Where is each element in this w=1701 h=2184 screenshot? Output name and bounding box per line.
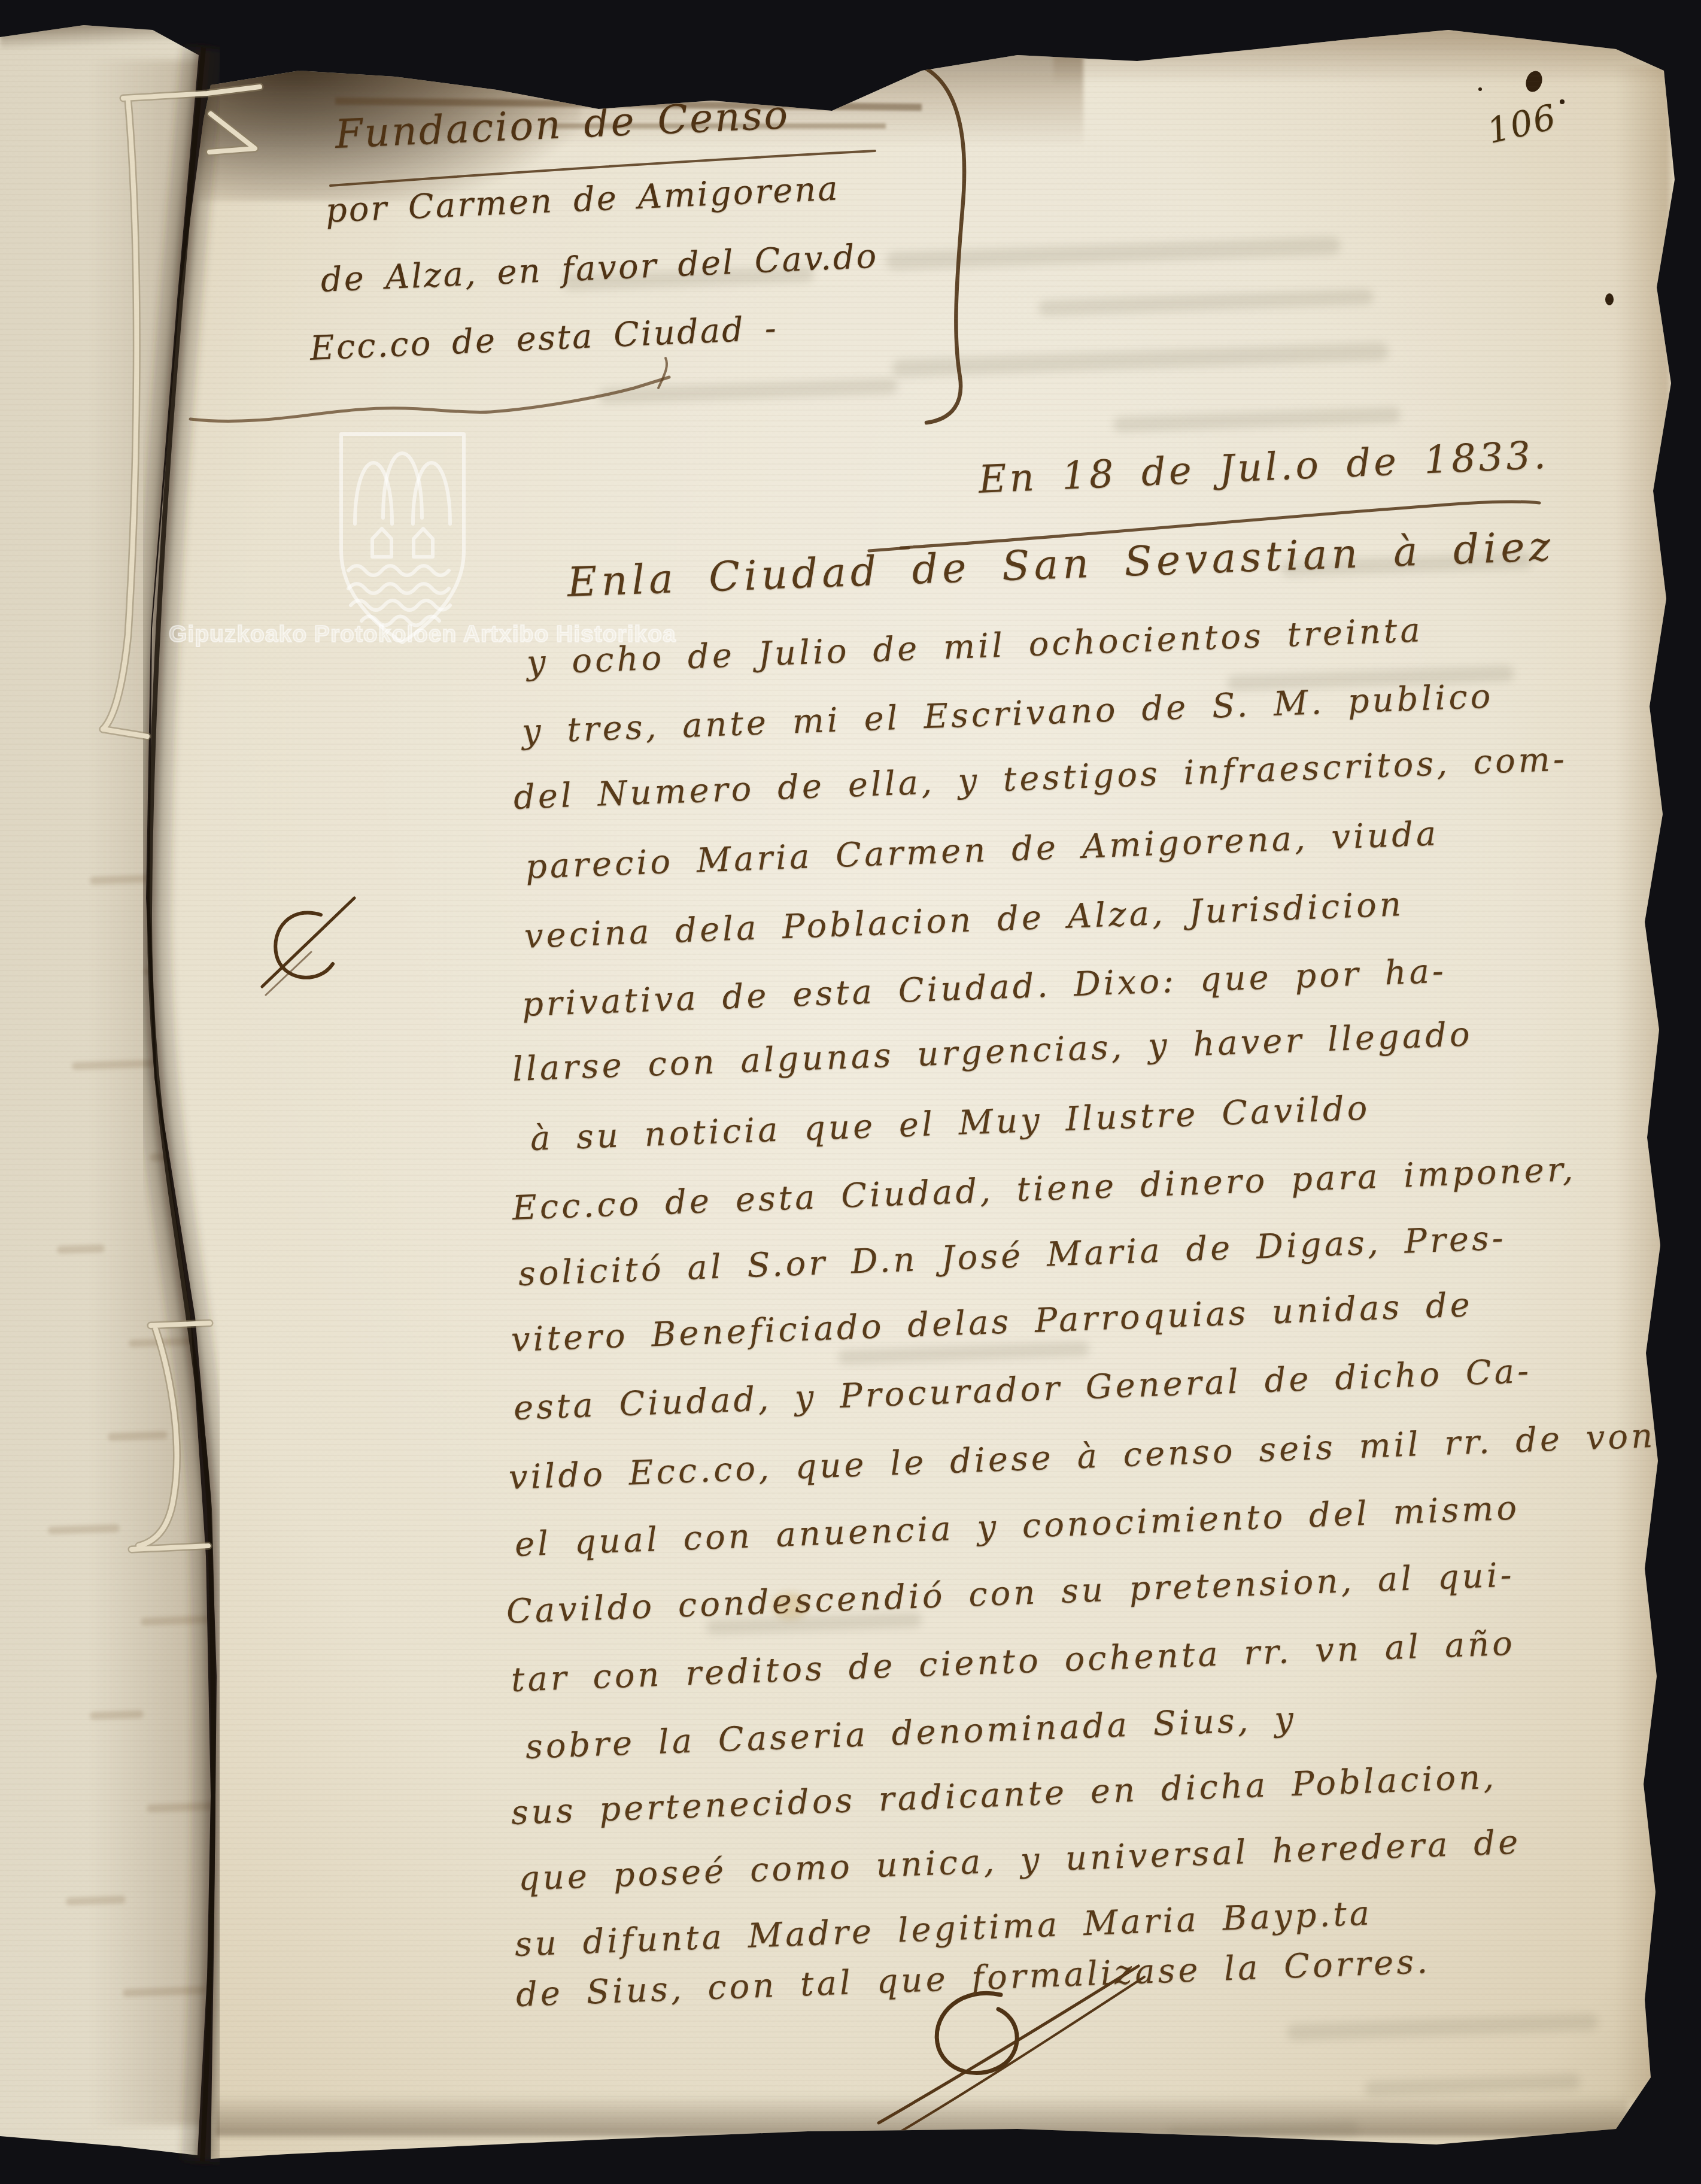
wave-2 [348, 584, 449, 593]
manuscript-scan: Fundacion de Censo por Carmen de Amigore… [0, 0, 1701, 2184]
thread [103, 87, 260, 1549]
house-right [414, 529, 433, 557]
archive-watermark-shield [335, 428, 470, 650]
shield-outline [341, 434, 464, 642]
wave-1 [348, 566, 449, 575]
house-left [372, 529, 391, 557]
archive-watermark-text: Gipuzkoako Protokoloen Artxibo Historiko… [169, 621, 676, 648]
binding-threads [0, 0, 1701, 2184]
thread-shadow [103, 87, 260, 1549]
tree-crown-right [413, 463, 450, 524]
